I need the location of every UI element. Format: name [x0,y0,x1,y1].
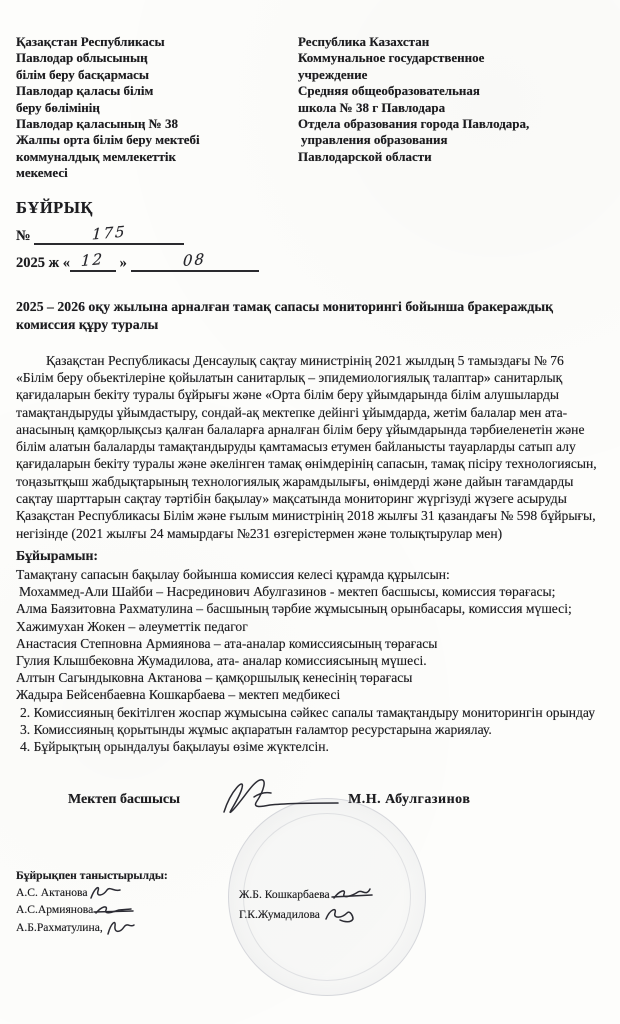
signature-glyph [320,905,356,925]
resolution-line: 3. Комиссияның қорытынды жұмыс ақпаратын… [16,721,600,738]
letterhead-line: Павлодар қаласы білім [16,83,294,99]
letterhead: Қазақстан Республикасы Павлодар облысыны… [16,34,604,182]
resolution-line: Тамақтану сапасын бақылау бойынша комисс… [16,566,600,583]
order-number-label: № [16,228,31,244]
order-month-field: 08 [131,251,259,272]
acknowledgement-heading: Бұйрықпен таныстырылды: [16,868,221,884]
letterhead-line: коммуналдық мемлекеттік [16,149,294,165]
acknowledgement-name: Г.К.Жумадилова [239,907,320,923]
order-day-field: 12 [70,251,116,272]
director-role-label: Мектеп басшысы [68,792,180,808]
acknowledgement-row: А.С. Актанова [16,884,221,902]
resolution-line: Анастасия Степновна Армиянова – ата-анал… [16,635,600,652]
acknowledgement-name: А.Б.Рахматулина, [16,920,103,936]
director-name: М.Н. Абулгазинов [348,792,470,808]
resolution-line: Мохаммед-Али Шайби – Насрединович Абулга… [16,583,600,600]
director-signature-icon [214,775,342,824]
order-number-line: № 175 [16,224,604,245]
scanned-order-document: Қазақстан Республикасы Павлодар облысыны… [0,0,620,1024]
letterhead-line: Қазақстан Республикасы [16,34,294,50]
order-number-field: 175 [34,224,184,245]
letterhead-line: Павлодарской области [298,149,604,165]
order-preamble: Қазақстан Республикасы Денсаулық сақтау … [16,352,600,542]
resolution-line: 4. Бұйрықтың орындалуы бақылауы өзіме жү… [16,738,600,755]
signature-glyph [330,885,374,905]
resolution-line: 2. Комиссияның бекітілген жоспар жұмысын… [16,704,600,721]
resolution-line: Жадыра Бейсенбаевна Кошкарбаева – мектеп… [16,686,600,703]
letterhead-russian: Республика Казахстан Коммунальное госуда… [298,34,604,165]
order-year-label: 2025 ж « [16,255,70,271]
resolution-line: Хажимухан Жокен – әлеуметтік педагог [16,618,600,635]
letterhead-kazakh: Қазақстан Республикасы Павлодар облысыны… [16,34,294,182]
order-quote-close: » [120,255,127,271]
acknowledgement-name: А.С. Актанова [16,885,87,901]
order-date-line: 2025 ж «12 » 08 [16,251,604,272]
signature-glyph [87,884,125,902]
letterhead-line: Павлодар облысының [16,50,294,66]
acknowledgement-name: Ж.Б. Кошкарбаева [239,887,330,903]
letterhead-line: Отдела образования города Павлодара, [298,116,604,132]
order-day-handwritten: 12 [81,250,105,270]
letterhead-line: Средняя общеобразовательная [298,83,604,99]
resolution-heading: Бұйырамын: [16,548,604,564]
resolution-line: Гулия Клышбековна Жумадилова, ата- анала… [16,652,600,669]
acknowledgement-row: А.С.Армиянова [16,902,221,918]
order-heading: БҰЙРЫҚ [16,198,604,218]
resolution-line: Алма Баязитовна Рахматулина – басшының т… [16,600,600,617]
letterhead-line: мекемесі [16,165,294,181]
letterhead-line: білім беру басқармасы [16,67,294,83]
letterhead-line: Республика Казахстан [298,34,604,50]
director-signature-glyph [214,775,342,819]
letterhead-line: Жалпы орта білім беру мектебі [16,132,294,148]
order-number-handwritten: 175 [91,222,126,243]
order-header: БҰЙРЫҚ № 175 2025 ж «12 » 08 [16,198,604,272]
acknowledgement-row: Г.К.Жумадилова [239,905,374,925]
order-subject: 2025 – 2026 оқу жылына арналған тамақ са… [16,298,588,334]
signature-glyph [93,902,135,918]
resolution-line: Алтын Сагындыковна Актанова – қамқоршылы… [16,669,600,686]
resolution-list: Тамақтану сапасын бақылау бойынша комисс… [16,566,600,755]
signature-glyph [103,918,137,938]
letterhead-line: Павлодар қаласының № 38 [16,116,294,132]
letterhead-line: школа № 38 г Павлодара [298,100,604,116]
letterhead-line: учреждение [298,67,604,83]
letterhead-line: Коммунальное государственное [298,50,604,66]
order-month-handwritten: 08 [183,250,207,270]
acknowledgement-block: Бұйрықпен таныстырылды: А.С. Актанова А.… [16,868,604,938]
acknowledgement-row: А.Б.Рахматулина, [16,918,221,938]
acknowledgement-row: Ж.Б. Кошкарбаева [239,885,374,905]
letterhead-line: беру бөлімінің [16,100,294,116]
acknowledgement-right-column: Ж.Б. Кошкарбаева Г.К.Жумадилова [239,868,374,938]
acknowledgement-left-column: Бұйрықпен таныстырылды: А.С. Актанова А.… [16,868,221,938]
director-signature-row: Мектеп басшысы М.Н. Абулгазинов [16,775,604,824]
acknowledgement-name: А.С.Армиянова [16,902,93,918]
letterhead-line: управления образования [298,132,604,148]
